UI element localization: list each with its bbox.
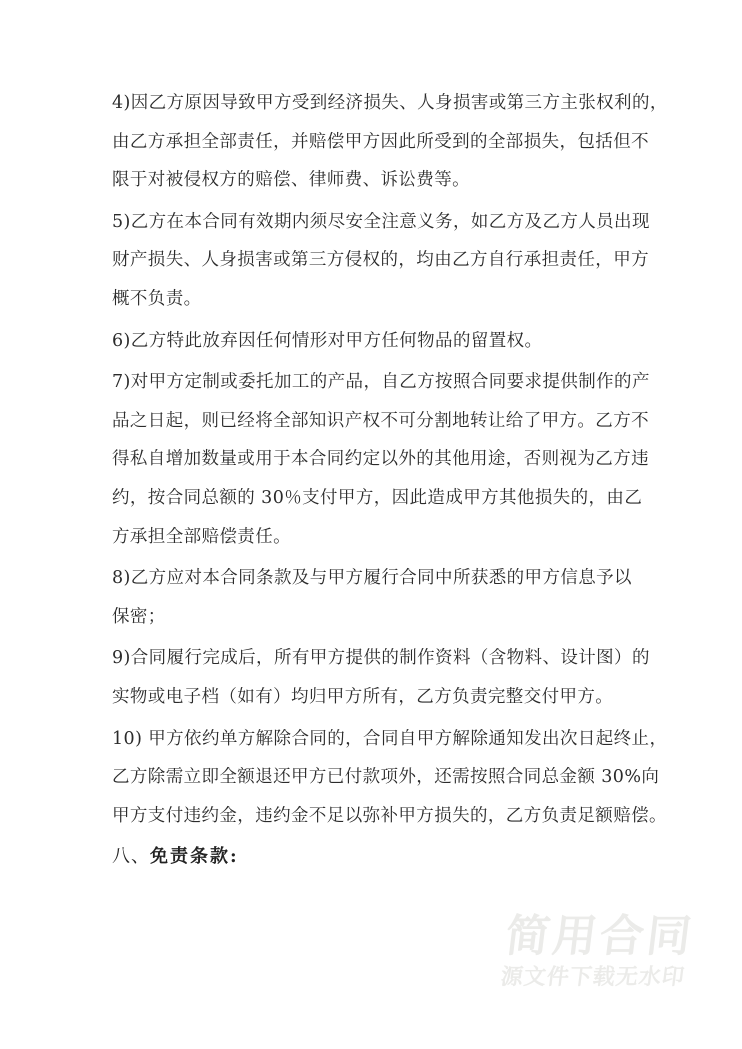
section-heading-number: 八、 xyxy=(112,846,150,867)
clause-line: 实物或电子档（如有）均归甲方所有，乙方负责完整交付甲方。 xyxy=(112,678,657,717)
clause-line: 保密； xyxy=(112,598,657,637)
clause-line: 甲方支付违约金，违约金不足以弥补甲方损失的，乙方负责足额赔偿。 xyxy=(112,797,657,836)
clause-line: 约，按合同总额的 30％支付甲方，因此造成甲方其他损失的，由乙 xyxy=(112,479,657,518)
contract-clause-6: 6)乙方特此放弃因任何情形对甲方任何物品的留置权。 xyxy=(112,322,657,361)
clause-line: 限于对被侵权方的赔偿、律师费、诉讼费等。 xyxy=(112,161,657,200)
contract-clause-5: 5)乙方在本合同有效期内须尽安全注意义务，如乙方及乙方人员出现 财产损失、人身损… xyxy=(112,203,657,319)
clause-line: 概不负责。 xyxy=(112,280,657,319)
clause-line: 10) 甲方依约单方解除合同的，合同自甲方解除通知发出次日起终止， xyxy=(112,720,657,759)
contract-page: 4)因乙方原因导致甲方受到经济损失、人身损害或第三方主张权利的， 由乙方承担全部… xyxy=(0,0,742,1049)
clause-line: 6)乙方特此放弃因任何情形对甲方任何物品的留置权。 xyxy=(112,322,657,361)
clause-line: 方承担全部赔偿责任。 xyxy=(112,518,657,557)
clause-line: 7)对甲方定制或委托加工的产品，自乙方按照合同要求提供制作的产 xyxy=(112,363,657,402)
clause-line: 品之日起，则已经将全部知识产权不可分割地转让给了甲方。乙方不 xyxy=(112,402,657,441)
contract-clause-8: 8)乙方应对本合同条款及与甲方履行合同中所获悉的甲方信息予以 保密； xyxy=(112,559,657,636)
clause-line: 4)因乙方原因导致甲方受到经济损失、人身损害或第三方主张权利的， xyxy=(112,84,657,123)
clause-line: 5)乙方在本合同有效期内须尽安全注意义务，如乙方及乙方人员出现 xyxy=(112,203,657,242)
clause-line: 财产损失、人身损害或第三方侵权的，均由乙方自行承担责任，甲方 xyxy=(112,241,657,280)
contract-clause-4: 4)因乙方原因导致甲方受到经济损失、人身损害或第三方主张权利的， 由乙方承担全部… xyxy=(112,84,657,200)
clause-line: 乙方除需立即全额退还甲方已付款项外，还需按照合同总金额 30%向 xyxy=(112,758,657,797)
section-heading-title: 免责条款: xyxy=(150,846,239,867)
contract-body: 4)因乙方原因导致甲方受到经济损失、人身损害或第三方主张权利的， 由乙方承担全部… xyxy=(112,84,657,877)
section-heading: 八、免责条款: xyxy=(112,838,657,877)
contract-clause-9: 9)合同履行完成后，所有甲方提供的制作资料（含物料、设计图）的 实物或电子档（如… xyxy=(112,639,657,716)
clause-line: 得私自增加数量或用于本合同约定以外的其他用途，否则视为乙方违 xyxy=(112,440,657,479)
watermark-tagline-text: 源文件下载无水印 xyxy=(499,965,690,991)
contract-clause-10: 10) 甲方依约单方解除合同的，合同自甲方解除通知发出次日起终止， 乙方除需立即… xyxy=(112,720,657,836)
clause-line: 由乙方承担全部责任，并赔偿甲方因此所受到的全部损失，包括但不 xyxy=(112,123,657,162)
watermark: 简用合同 源文件下载无水印 xyxy=(499,912,697,991)
clause-line: 8)乙方应对本合同条款及与甲方履行合同中所获悉的甲方信息予以 xyxy=(112,559,657,598)
contract-clause-7: 7)对甲方定制或委托加工的产品，自乙方按照合同要求提供制作的产 品之日起，则已经… xyxy=(112,363,657,556)
watermark-brand-text: 简用合同 xyxy=(503,912,697,962)
clause-line: 9)合同履行完成后，所有甲方提供的制作资料（含物料、设计图）的 xyxy=(112,639,657,678)
